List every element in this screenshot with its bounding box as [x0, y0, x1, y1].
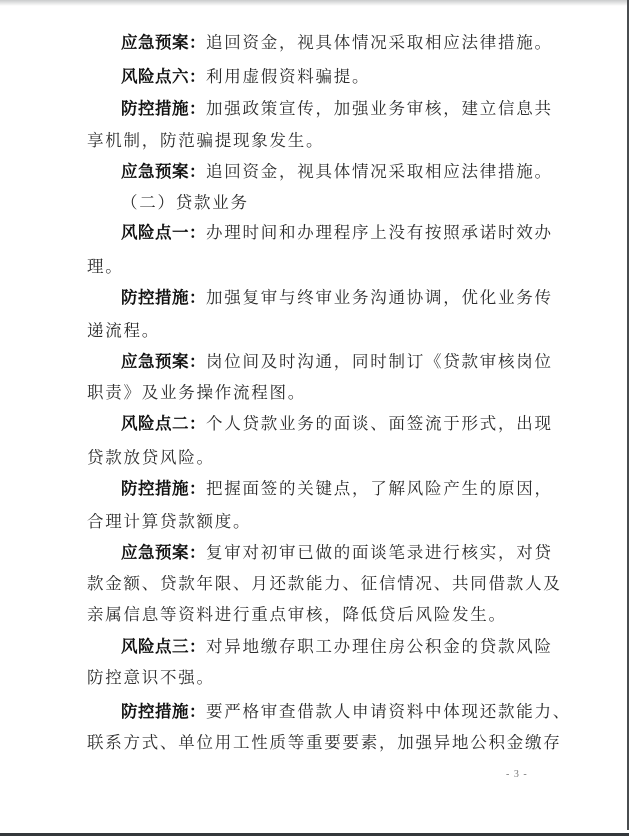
- line-text: 合理计算贷款额度。: [87, 512, 251, 531]
- line-text: 对异地缴存职工办理住房公积金的贷款风险: [206, 637, 553, 656]
- section-label: 应急预案：: [121, 162, 206, 181]
- line-text: 把握面签的关键点，了解风险产生的原因，: [206, 479, 553, 498]
- line-text: 理。: [87, 257, 124, 276]
- paragraph-line: 防控措施：把握面签的关键点，了解风险产生的原因，: [121, 477, 563, 501]
- section-label: 防控措施：: [121, 479, 206, 498]
- paragraph-line: 防控措施：要严格审查借款人申请资料中体现还款能力、: [121, 700, 563, 724]
- paragraph-line: 联系方式、单位用工性质等重要要素，加强异地公积金缴存: [87, 731, 529, 755]
- line-text: 防控意识不强。: [87, 668, 215, 687]
- line-text: 递流程。: [87, 321, 160, 340]
- line-text: 岗位间及时沟通，同时制订《贷款审核岗位: [206, 352, 553, 371]
- section-heading: （二）贷款业务: [121, 191, 563, 215]
- paragraph-line: 款金额、贷款年限、月还款能力、征信情况、共同借款人及: [87, 572, 529, 596]
- line-text: 追回资金，视具体情况采取相应法律措施。: [206, 33, 553, 52]
- paragraph-line: 风险点一：办理时间和办理程序上没有按照承诺时效办: [121, 221, 563, 245]
- paragraph-line: 职责》及业务操作流程图。: [87, 381, 529, 405]
- paragraph-line: 递流程。: [87, 319, 529, 343]
- line-text: 复审对初审已做的面谈笔录进行核实，对贷: [206, 543, 553, 562]
- page-number: - 3 -: [506, 769, 528, 780]
- section-label: 应急预案：: [121, 33, 206, 52]
- line-text: 加强政策宣传，加强业务审核，建立信息共: [206, 99, 553, 118]
- paragraph-line: 应急预案：追回资金，视具体情况采取相应法律措施。: [121, 160, 563, 184]
- line-text: 贷款放贷风险。: [87, 448, 215, 467]
- section-label: 防控措施：: [121, 288, 206, 307]
- line-text: 利用虚假资料骗提。: [206, 67, 370, 86]
- top-edge-shadow: [0, 0, 629, 6]
- paragraph-line: 贷款放贷风险。: [87, 446, 529, 470]
- line-text: 要严格审查借款人申请资料中体现还款能力、: [206, 702, 571, 721]
- line-text: 追回资金，视具体情况采取相应法律措施。: [206, 162, 553, 181]
- paragraph-line: 应急预案：复审对初审已做的面谈笔录进行核实，对贷: [121, 541, 563, 565]
- paragraph-line: 应急预案：追回资金，视具体情况采取相应法律措施。: [121, 31, 563, 55]
- paragraph-line: 防控意识不强。: [87, 666, 529, 690]
- document-page: 应急预案：追回资金，视具体情况采取相应法律措施。 风险点六：利用虚假资料骗提。 …: [0, 0, 627, 833]
- line-text: 联系方式、单位用工性质等重要要素，加强异地公积金缴存: [87, 733, 562, 752]
- section-label: 防控措施：: [121, 702, 206, 721]
- line-text: 职责》及业务操作流程图。: [87, 383, 306, 402]
- heading-text: （二）贷款业务: [121, 193, 249, 212]
- paragraph-line: 防控措施：加强复审与终审业务沟通协调，优化业务传: [121, 286, 563, 310]
- section-label: 风险点一：: [121, 223, 206, 242]
- paragraph-line: 风险点二：个人贷款业务的面谈、面签流于形式，出现: [121, 412, 563, 436]
- document-viewer: 应急预案：追回资金，视具体情况采取相应法律措施。 风险点六：利用虚假资料骗提。 …: [0, 0, 629, 836]
- paragraph-line: 防控措施：加强政策宣传，加强业务审核，建立信息共: [121, 97, 563, 121]
- section-label: 应急预案：: [121, 352, 206, 371]
- line-text: 亲属信息等资料进行重点审核，降低贷后风险发生。: [87, 605, 507, 624]
- line-text: 加强复审与终审业务沟通协调，优化业务传: [206, 288, 553, 307]
- paragraph-line: 亲属信息等资料进行重点审核，降低贷后风险发生。: [87, 603, 529, 627]
- section-label: 风险点二：: [121, 414, 206, 433]
- paragraph-line: 享机制，防范骗提现象发生。: [87, 129, 529, 153]
- paragraph-line: 合理计算贷款额度。: [87, 510, 529, 534]
- section-label: 防控措施：: [121, 99, 206, 118]
- section-label: 风险点三：: [121, 637, 206, 656]
- paragraph-line: 风险点六：利用虚假资料骗提。: [121, 65, 563, 89]
- paragraph-line: 理。: [87, 255, 529, 279]
- line-text: 个人贷款业务的面谈、面签流于形式，出现: [206, 414, 553, 433]
- line-text: 款金额、贷款年限、月还款能力、征信情况、共同借款人及: [87, 574, 562, 593]
- paragraph-line: 风险点三：对异地缴存职工办理住房公积金的贷款风险: [121, 635, 563, 659]
- line-text: 办理时间和办理程序上没有按照承诺时效办: [206, 223, 553, 242]
- section-label: 应急预案：: [121, 543, 206, 562]
- line-text: 享机制，防范骗提现象发生。: [87, 131, 324, 150]
- section-label: 风险点六：: [121, 67, 206, 86]
- paragraph-line: 应急预案：岗位间及时沟通，同时制订《贷款审核岗位: [121, 350, 563, 374]
